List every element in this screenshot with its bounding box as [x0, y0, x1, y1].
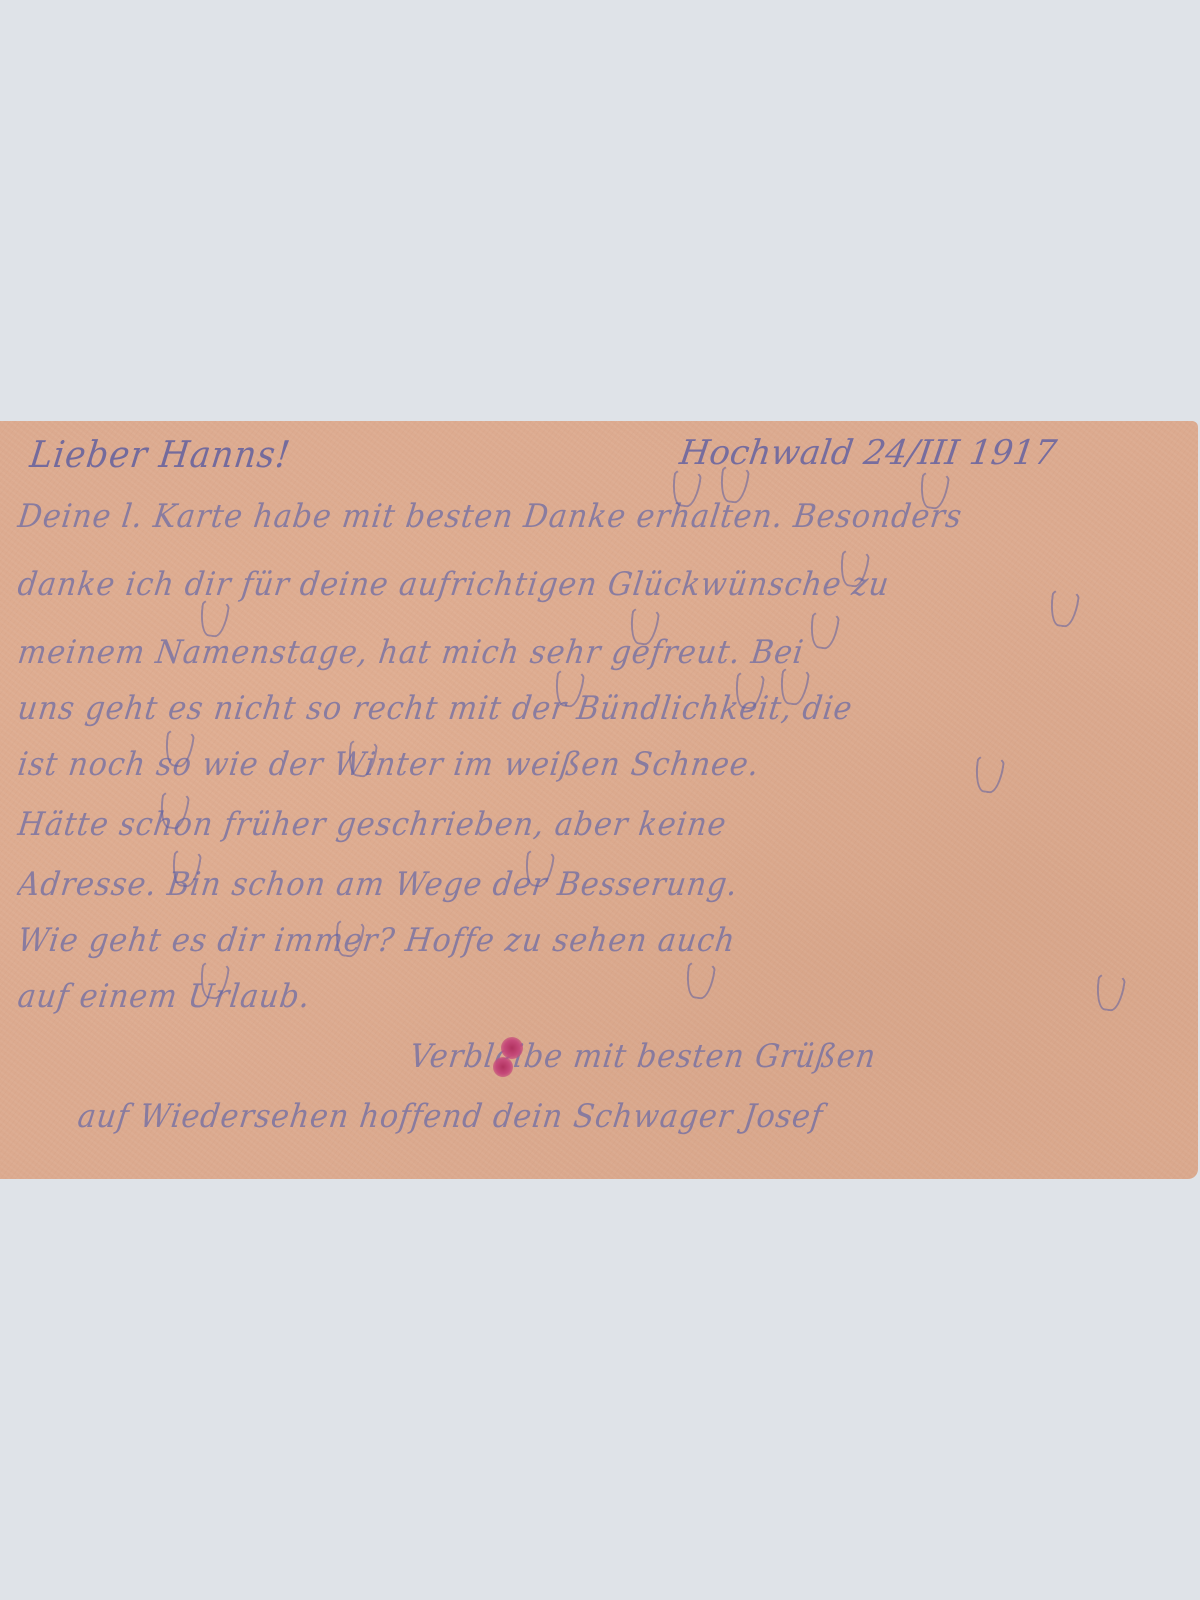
letter-line-9: auf einem Urlaub. — [16, 978, 1171, 1016]
postcard: Lieber Hanns! Hochwald 24/III 1917 Deine… — [0, 421, 1198, 1179]
descender-loop — [972, 753, 1005, 795]
descender-loop — [197, 597, 230, 639]
signature-line: auf Wiedersehen hoffend dein Schwager Jo… — [76, 1098, 1171, 1136]
letter-line-1: Deine l. Karte habe mit besten Danke erh… — [16, 498, 1171, 536]
letter-line-3: meinem Namenstage, hat mich sehr gefreut… — [16, 634, 1171, 672]
letter-line-4: uns geht es nicht so recht mit der Bündl… — [16, 690, 1171, 728]
ink-stain — [493, 1037, 523, 1085]
letter-line-6: Hätte schon früher geschrieben, aber kei… — [16, 806, 1171, 844]
descender-loop — [1047, 587, 1080, 629]
letter-line-8: Wie geht es dir immer? Hoffe zu sehen au… — [16, 922, 1171, 960]
letter-line-2: danke ich dir für deine aufrichtigen Glü… — [16, 566, 1171, 604]
